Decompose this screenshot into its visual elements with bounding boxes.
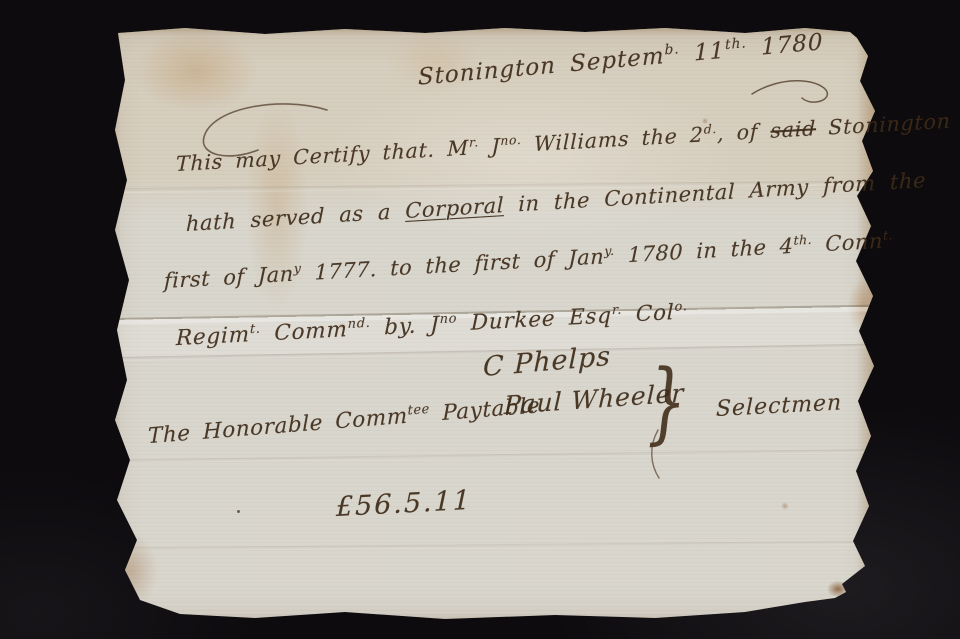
fold-crease	[85, 540, 938, 551]
text-segment: nd.	[348, 316, 371, 332]
text-segment: J	[479, 134, 501, 159]
selectmen-brace: }	[645, 346, 688, 458]
text-segment: o.	[674, 299, 687, 315]
text-segment: , of	[717, 119, 771, 146]
text-segment: b.	[664, 41, 679, 58]
text-segment: t.	[883, 227, 893, 243]
text-segment: Conn	[812, 229, 883, 257]
text-segment: r.	[469, 135, 479, 150]
text-segment: y.	[604, 243, 615, 259]
text-segment: th.	[793, 232, 812, 248]
fold-crease	[85, 448, 937, 464]
text-segment: th.	[725, 35, 747, 53]
text-segment: r.	[612, 303, 623, 319]
text-segment: t.	[250, 322, 261, 338]
text-segment: Comm	[261, 317, 348, 347]
text-segment: tee	[408, 402, 430, 419]
text-segment: said	[770, 116, 816, 143]
text-segment: Regim	[176, 322, 250, 351]
text-segment: by. J	[370, 312, 439, 341]
text-segment: no	[440, 311, 458, 327]
text-segment: 11	[680, 38, 726, 68]
text-segment: Col	[622, 300, 675, 328]
ink-dot	[237, 510, 240, 513]
text-segment: d.	[704, 122, 718, 137]
text-segment: no.	[500, 133, 522, 148]
